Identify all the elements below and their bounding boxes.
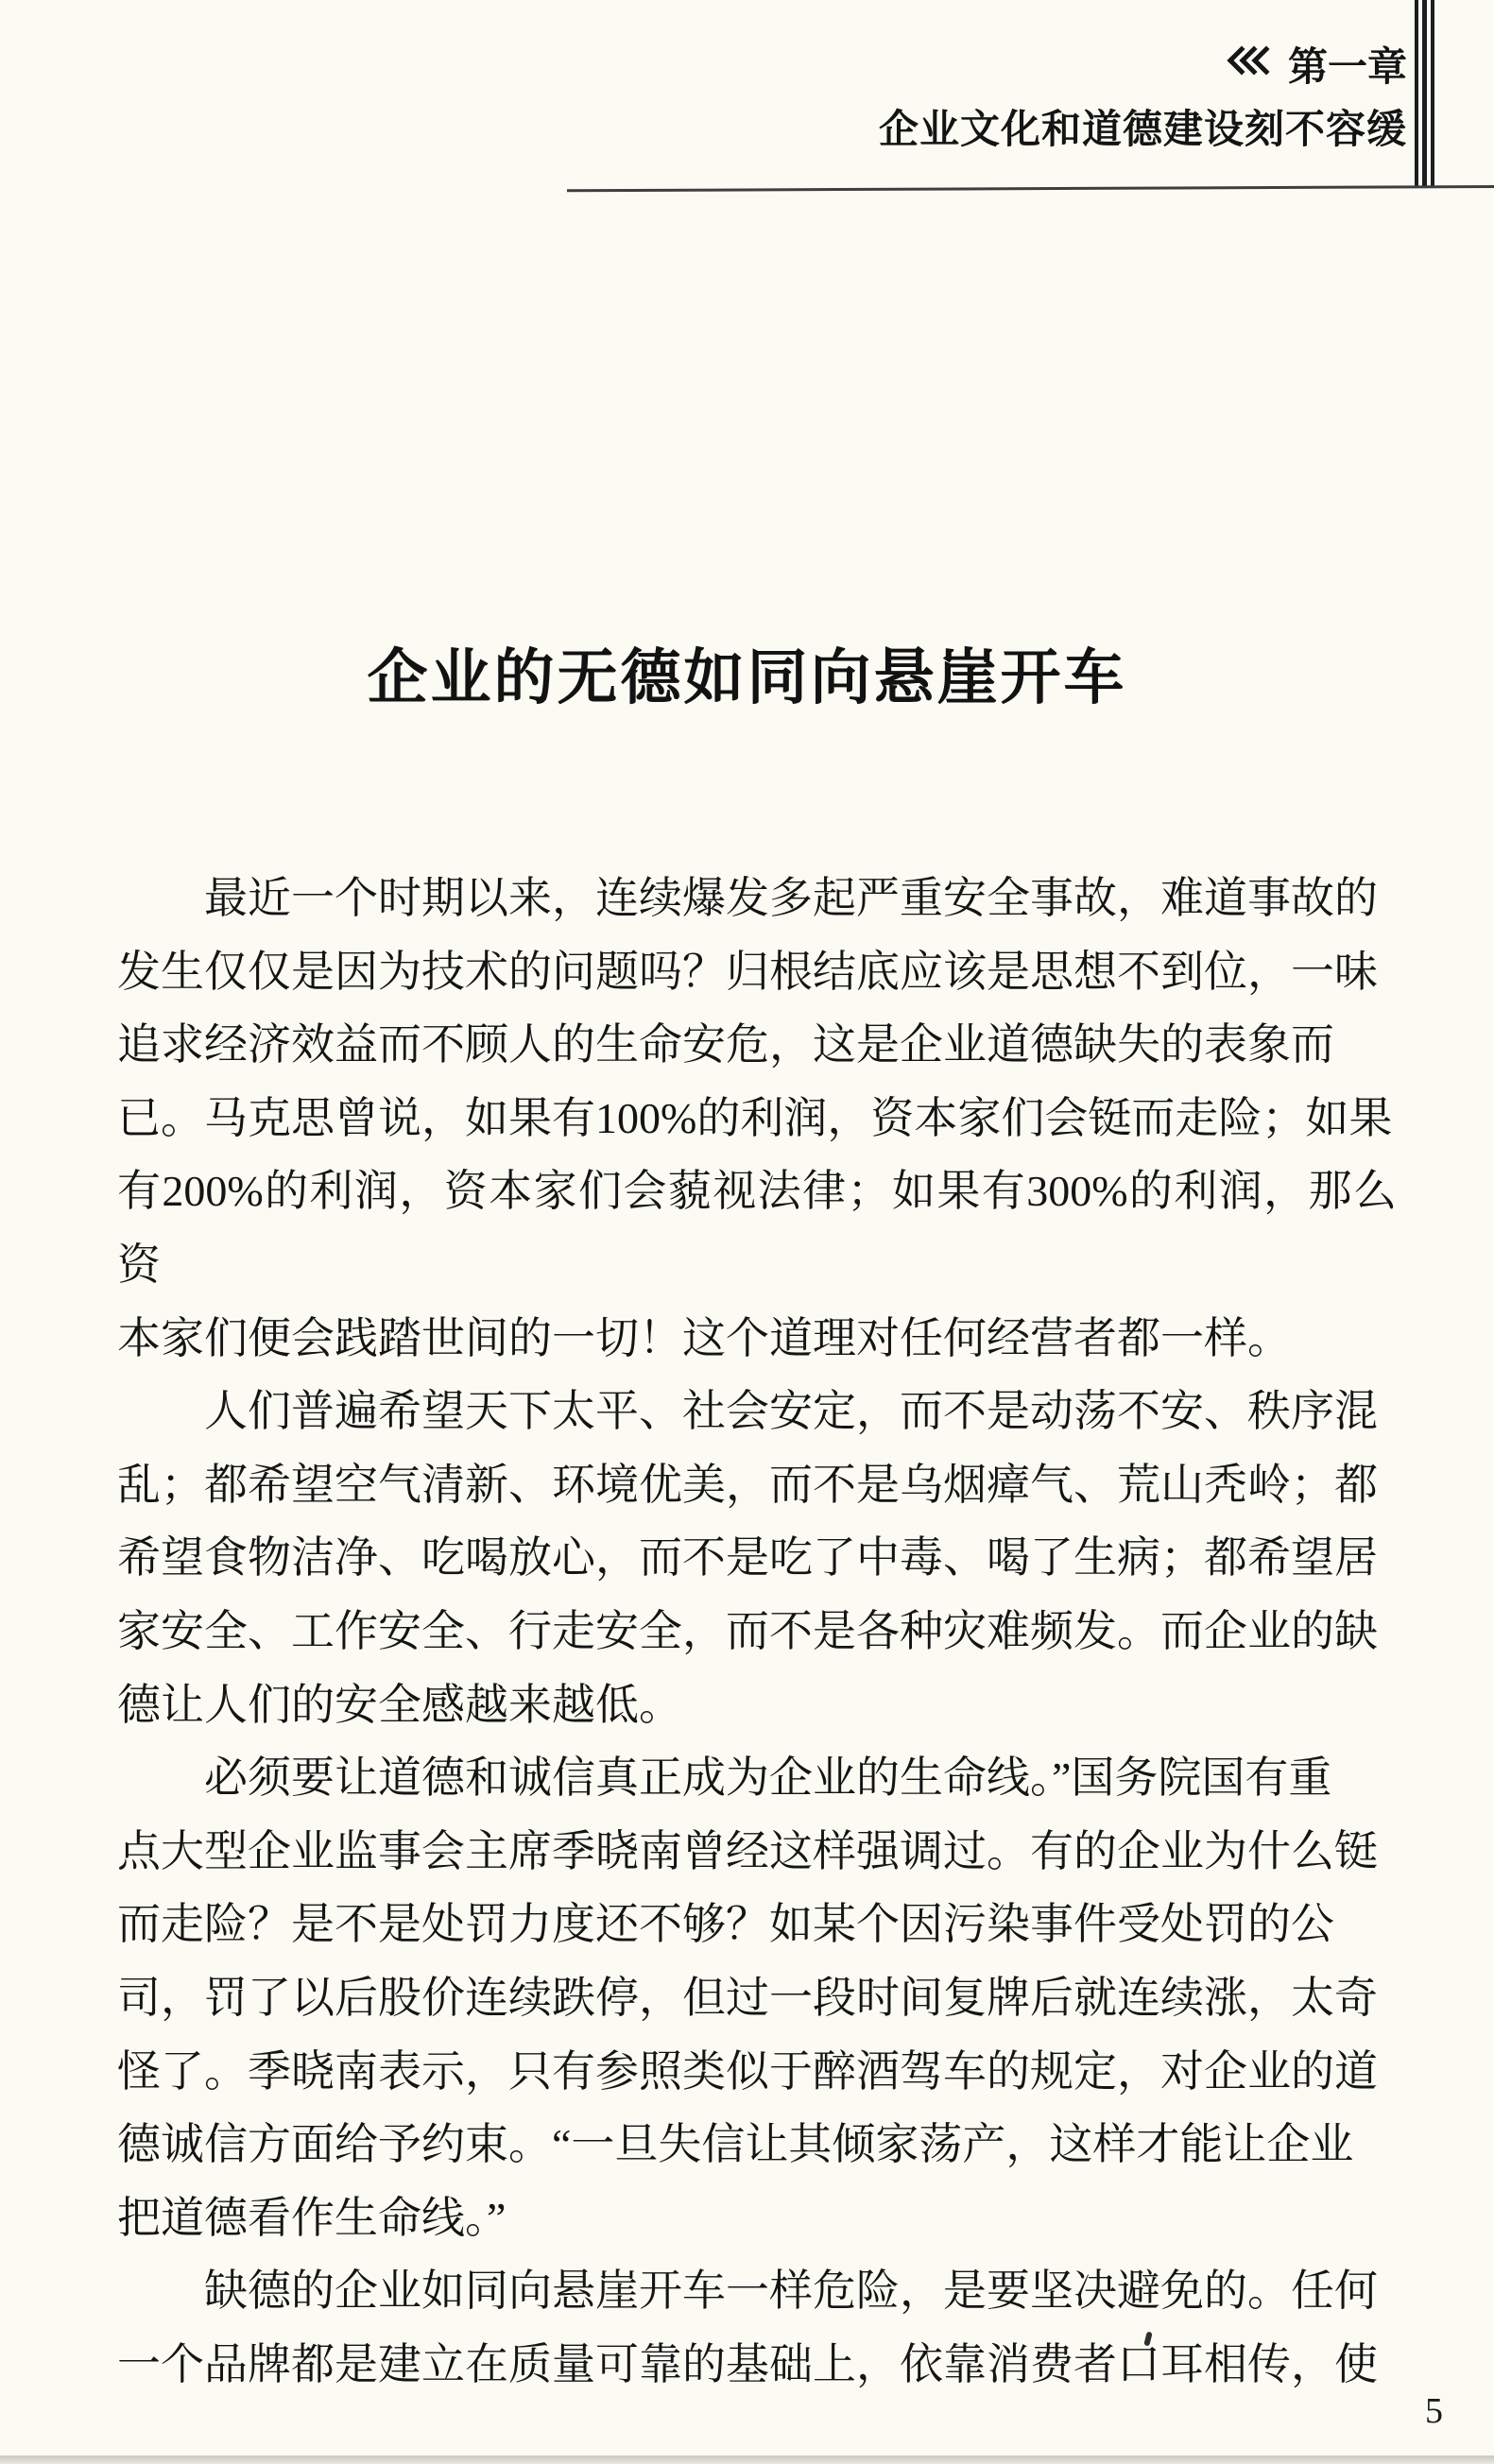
header-divider-rule — [567, 185, 1494, 192]
triple-left-chevron-icon — [1231, 50, 1279, 71]
corner-binding-lines — [1415, 0, 1434, 188]
paragraph: 人们普遍希望天下太平、社会安定，而不是动荡不安、秩序混 乱；都希望空气清新、环境… — [117, 1375, 1397, 1741]
chapter-number-label: 第一章 — [1288, 43, 1407, 91]
book-page: 第一章 企业文化和道德建设刻不容缓 企业的无德如同向悬崖开车 最近一个时期以来，… — [0, 0, 1494, 2464]
scan-bottom-edge — [0, 2455, 1494, 2464]
page-number: 5 — [1425, 2390, 1443, 2432]
paragraph: 必须要让道德和诚信真正成为企业的生命线。”国务院国有重 点大型企业监事会主席季晓… — [117, 1741, 1397, 2254]
paragraph: 最近一个时期以来，连续爆发多起严重安全事故，难道事故的 发生仅仅是因为技术的问题… — [117, 862, 1397, 1375]
vertical-rule — [1415, 0, 1418, 188]
vertical-rule — [1431, 0, 1434, 188]
chapter-number-line: 第一章 — [879, 43, 1407, 91]
vertical-rule — [1422, 0, 1427, 188]
section-title: 企业的无德如同向悬崖开车 — [0, 629, 1494, 716]
body-text: 最近一个时期以来，连续爆发多起严重安全事故，难道事故的 发生仅仅是因为技术的问题… — [117, 862, 1397, 2401]
chapter-header: 第一章 企业文化和道德建设刻不容缓 — [879, 43, 1407, 152]
chapter-title: 企业文化和道德建设刻不容缓 — [879, 108, 1407, 151]
paragraph: 缺德的企业如同向悬崖开车一样危险，是要坚决避免的。任何 一个品牌都是建立在质量可… — [117, 2254, 1397, 2401]
